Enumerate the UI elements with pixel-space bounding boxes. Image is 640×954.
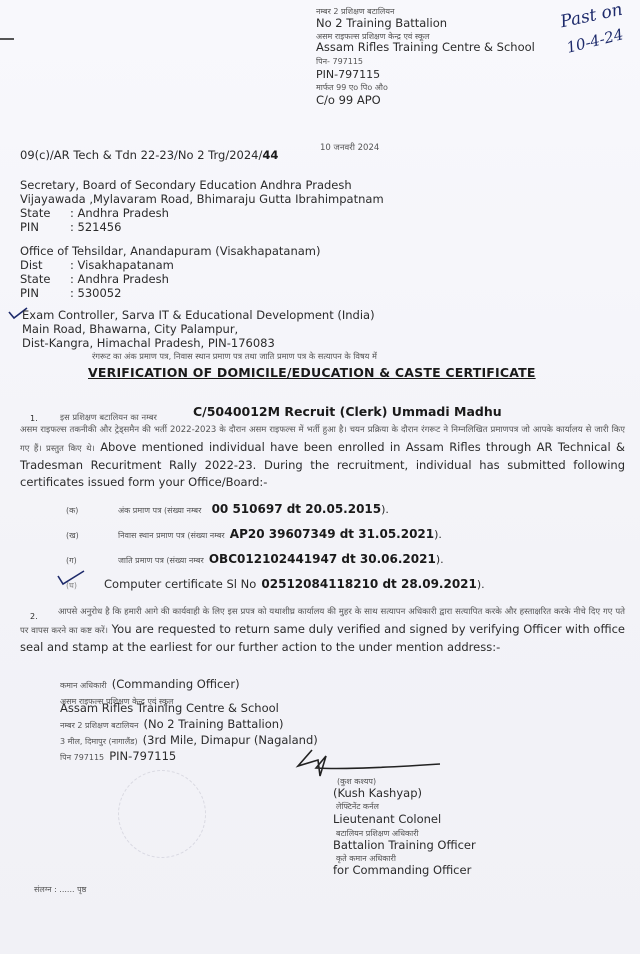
field-label: State [20, 206, 70, 220]
item-text: जाति प्रमाण पत्र (संख्या नम्बर [118, 556, 204, 565]
item-end: ). [434, 528, 442, 541]
letterhead-pin: PIN-797115 [316, 68, 380, 81]
subject-hindi: रंगरूट का अंक प्रमाण पत्र, निवास स्थान प… [92, 351, 377, 362]
field-label: Dist [20, 258, 70, 272]
addressee-1-pin: PIN: 521456 [20, 220, 121, 234]
certificate-item: (ख)निवास स्थान प्रमाण पत्र (संख्या नम्बर… [66, 523, 442, 542]
return-address-line: पिन 797115 PIN-797115 [60, 745, 176, 764]
addressee-3-line-2: Main Road, Bhawarna, City Palampur, [22, 322, 238, 336]
enclosure-note: संलग्न : ...... पृष्ठ [34, 884, 86, 895]
item-number: 02512084118210 dt 28.09.2021 [261, 577, 477, 591]
certificate-item: (ग)जाति प्रमाण पत्र (संख्या नम्बर OBC012… [66, 548, 444, 567]
margin-mark [0, 38, 14, 40]
para2-body: आपसे अनुरोध है कि हमारी आगे की कार्यवाही… [20, 602, 625, 656]
addressee-2-pin: PIN: 530052 [20, 286, 121, 300]
reference-suffix: 44 [262, 148, 278, 162]
addressee-2-line-1: Office of Tehsildar, Anandapuram (Visakh… [20, 244, 320, 258]
item-marker: (घ) [66, 580, 104, 591]
item-number: 00 510697 dt 20.05.2015 [212, 502, 382, 516]
signatory-name: (Kush Kashyap) [333, 786, 422, 800]
reference-prefix: 09(c)/AR Tech & Tdn 22-23/No 2 Trg/2024/ [20, 148, 262, 162]
signatory-rank-hi: लेफ्टिनेंट कर्नल [336, 801, 379, 812]
item-end: ). [477, 578, 485, 591]
addressee-2-dist: Dist: Visakhapatanam [20, 258, 174, 272]
addressee-3-line-1: Exam Controller, Sarva IT & Educational … [22, 308, 375, 322]
item-number: AP20 39607349 dt 31.05.2021 [230, 527, 434, 541]
signatory-for: for Commanding Officer [333, 863, 471, 877]
item-text: Computer certificate Sl No [104, 577, 256, 591]
recruit-name: C/5040012M Recruit (Clerk) Ummadi Madhu [193, 404, 502, 419]
para1-body: असम राइफल्स तकनीकी और ट्रेड्समैन की भर्त… [20, 420, 625, 490]
item-text: निवास स्थान प्रमाण पत्र (संख्या नम्बर [118, 531, 225, 540]
field-value: : Visakhapatanam [70, 258, 174, 272]
field-label: PIN [20, 220, 70, 234]
addressee-1-line-2: Vijayawada ,Mylavaram Road, Bhimaraju Gu… [20, 192, 384, 206]
signatory-rank: Lieutenant Colonel [333, 812, 441, 826]
field-value: : 521456 [70, 220, 121, 234]
subject-title: VERIFICATION OF DOMICILE/EDUCATION & CAS… [88, 365, 536, 380]
letterhead-apo-hi: मार्फत 99 एo पिo औo [316, 82, 388, 93]
signatory-role: Battalion Training Officer [333, 838, 476, 852]
field-value: : 530052 [70, 286, 121, 300]
item-number: OBC012102441947 dt 30.06.2021 [209, 552, 436, 566]
item-end: ). [381, 503, 389, 516]
addressee-3-line-3: Dist-Kangra, Himachal Pradesh, PIN-17608… [22, 336, 275, 350]
field-label: State [20, 272, 70, 286]
letterhead-apo: C/o 99 APO [316, 93, 381, 107]
item-marker: (क) [66, 505, 118, 516]
office-stamp [118, 770, 206, 858]
certificate-item: (घ)Computer certificate Sl No 0251208411… [66, 573, 485, 592]
item-end: ). [436, 553, 444, 566]
field-value: : Andhra Pradesh [70, 272, 169, 286]
item-text: अंक प्रमाण पत्र (संख्या नम्बर [118, 506, 201, 515]
addressee-2-state: State: Andhra Pradesh [20, 272, 169, 286]
addressee-1-state: State: Andhra Pradesh [20, 206, 169, 220]
para2-english: You are requested to return same duly ve… [20, 622, 625, 655]
letterhead-unit: No 2 Training Battalion [316, 16, 447, 30]
letter-page: नम्बर 2 प्रशिक्षण बटालियन No 2 Training … [0, 0, 640, 954]
line-en: PIN-797115 [109, 749, 176, 763]
certificate-item: (क)अंक प्रमाण पत्र (संख्या नम्बर 00 5106… [66, 498, 389, 517]
field-value: : Andhra Pradesh [70, 206, 169, 220]
letterhead-pin-hi: पिन- 797115 [316, 56, 363, 67]
letterhead-centre: Assam Rifles Training Centre & School [316, 40, 535, 54]
item-marker: (ग) [66, 555, 118, 566]
para1-english: Above mentioned individual have been enr… [20, 440, 625, 489]
reference-date: 10 जनवरी 2024 [320, 142, 379, 153]
item-marker: (ख) [66, 530, 118, 541]
field-label: PIN [20, 286, 70, 300]
line-hi: पिन 797115 [60, 753, 104, 762]
reference-number: 09(c)/AR Tech & Tdn 22-23/No 2 Trg/2024/… [20, 148, 278, 162]
addressee-1-line-1: Secretary, Board of Secondary Education … [20, 178, 352, 192]
